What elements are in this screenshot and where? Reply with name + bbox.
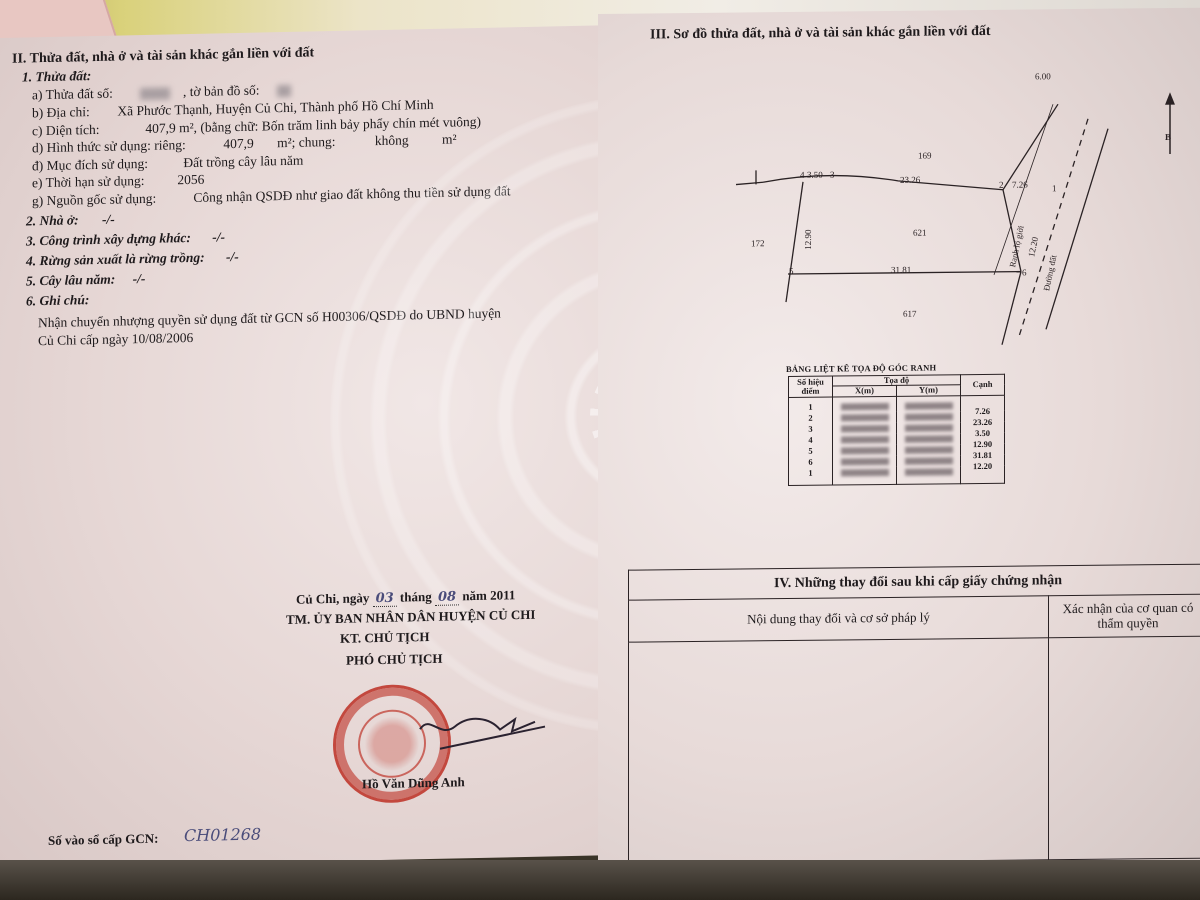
forest-item: 4. Rừng sản xuất là rừng trồng: -/-	[26, 249, 239, 270]
signer-name: Hồ Văn Dũng Anh	[362, 774, 465, 792]
redacted-coordinate	[905, 469, 953, 477]
usage-shared-value: không	[375, 132, 409, 148]
forest-value: -/-	[226, 249, 239, 264]
issuing-authority: TM. ỦY BAN NHÂN DÂN HUYỆN CỦ CHI	[286, 607, 535, 628]
term-label: e) Thời hạn sử dụng:	[32, 172, 174, 191]
coord-point-cell: 3	[789, 423, 833, 434]
coord-y-cell	[897, 433, 961, 445]
issue-date: Củ Chi, ngày 03 tháng 08 năm 2011	[296, 587, 515, 608]
coord-edge-cell	[961, 471, 1005, 489]
notes-heading: 6. Ghi chú:	[26, 292, 89, 310]
svg-text:23.26: 23.26	[900, 175, 921, 185]
svg-text:4: 4	[800, 170, 805, 180]
redacted-parcel-number	[140, 87, 170, 100]
redacted-coordinate	[841, 425, 889, 433]
certificate-right-page: III. Sơ đồ thửa đất, nhà ở và tài sản kh…	[598, 8, 1200, 880]
coord-edge-cell: 3.50	[961, 427, 1005, 438]
redacted-coordinate	[905, 436, 953, 444]
table-surface	[0, 860, 1200, 900]
coord-x-cell	[833, 456, 897, 468]
usage-form-label: d) Hình thức sử dụng: riêng:	[32, 136, 220, 156]
redacted-map-sheet	[277, 85, 291, 97]
svg-text:3.50: 3.50	[807, 170, 823, 180]
coord-point-cell: 1	[789, 397, 833, 413]
parcel-617-label: 617	[903, 309, 917, 319]
issue-day: 03	[373, 591, 397, 608]
col-y: Y(m)	[897, 385, 961, 396]
svg-text:31.81: 31.81	[891, 265, 911, 275]
redacted-coordinate	[841, 469, 889, 477]
svg-text:6.00: 6.00	[1035, 71, 1051, 81]
coord-y-cell	[897, 422, 961, 434]
col-authority-confirmation: Xác nhận của cơ quan có thẩm quyền	[1049, 594, 1200, 638]
changes-table: IV. Những thay đổi sau khi cấp giấy chứn…	[628, 564, 1200, 865]
coord-y-cell	[897, 444, 961, 456]
usage-shared-unit: m²	[442, 131, 457, 146]
usage-private-value: 407,9	[223, 136, 253, 152]
house-label: 2. Nhà ở:	[26, 212, 79, 228]
parcel-label: a) Thửa đất số:	[32, 86, 113, 103]
date-prefix: Củ Chi, ngày	[296, 590, 369, 607]
redacted-coordinate	[841, 436, 889, 444]
coord-point-cell: 2	[789, 412, 833, 423]
map-sheet-label: , tờ bản đồ số:	[183, 83, 260, 100]
redacted-coordinate	[905, 458, 953, 466]
redacted-coordinate	[841, 414, 889, 422]
change-content-cell	[629, 638, 1049, 864]
svg-text:6: 6	[1022, 268, 1027, 278]
origin-label: g) Nguồn gốc sử dụng:	[32, 190, 190, 209]
purpose-label: đ) Mục đích sử dụng:	[32, 155, 180, 174]
issue-year: năm 2011	[462, 587, 515, 603]
svg-text:12.20: 12.20	[1026, 236, 1040, 258]
redacted-coordinate	[841, 458, 889, 466]
coord-table-title: BẢNG LIỆT KÊ TỌA ĐỘ GÓC RANH	[786, 362, 936, 374]
col-x: X(m)	[833, 386, 897, 397]
col-point: Số hiệu điểm	[789, 376, 833, 397]
redacted-coordinate	[905, 403, 953, 411]
other-construction-label: 3. Công trình xây dựng khác:	[26, 230, 191, 248]
redacted-coordinate	[841, 447, 889, 455]
svg-text:3: 3	[830, 170, 835, 180]
coord-edge-cell: 12.90	[961, 438, 1005, 449]
coord-x-cell	[833, 434, 897, 446]
redacted-coordinate	[905, 447, 953, 455]
redacted-coordinate	[841, 403, 889, 411]
coord-point-cell: 6	[789, 456, 833, 467]
coord-x-cell	[833, 396, 897, 412]
month-label: tháng	[400, 589, 432, 605]
redacted-coordinate	[905, 414, 953, 422]
coord-point-cell: 4	[789, 434, 833, 445]
parcel-172-label: 172	[751, 238, 764, 248]
other-construction-value: -/-	[212, 229, 225, 244]
authority-confirmation-cell	[1049, 636, 1200, 860]
coord-y-cell	[897, 395, 961, 411]
term-row: e) Thời hạn sử dụng: 2056	[32, 172, 204, 192]
signature-scribble	[400, 696, 550, 759]
col-change-content: Nội dung thay đổi và cơ sở pháp lý	[629, 596, 1049, 642]
coord-x-cell	[833, 423, 897, 435]
coord-point-cell: 5	[789, 445, 833, 456]
certificate-left-page: II. Thửa đất, nhà ở và tài sản khác gắn …	[0, 25, 606, 868]
land-heading: 1. Thửa đất:	[22, 68, 91, 86]
purpose-value: Đất trồng cây lâu năm	[183, 153, 303, 171]
signer-role-2: PHÓ CHỦ TỊCH	[346, 651, 443, 669]
perennial-item: 5. Cây lâu năm: -/-	[26, 271, 145, 290]
coordinate-table: Số hiệu điểm Tọa độ Cạnh X(m) Y(m) 17.26…	[788, 374, 1005, 486]
redacted-coordinate	[905, 425, 953, 433]
notes-line-2: Củ Chi cấp ngày 10/08/2006	[38, 330, 193, 349]
parcel-621-label: 621	[913, 228, 926, 238]
usage-private-unit: m²; chung:	[277, 134, 335, 150]
svg-text:7.26: 7.26	[1012, 179, 1028, 189]
registry-number: CH01268	[184, 825, 261, 846]
coord-edge-cell: 12.20	[961, 460, 1005, 471]
coord-y-cell	[897, 466, 961, 484]
coord-edge-cell: 7.26	[961, 401, 1005, 417]
house-item: 2. Nhà ở: -/-	[26, 212, 115, 230]
coord-x-cell	[833, 445, 897, 457]
perennial-label: 5. Cây lâu năm:	[26, 272, 115, 289]
svg-text:5: 5	[789, 266, 794, 276]
svg-text:Ranh lộ giới: Ranh lộ giới	[1007, 224, 1026, 268]
perennial-value: -/-	[133, 271, 146, 286]
coord-edge-cell: 23.26	[961, 416, 1005, 427]
north-arrow-label: B	[1165, 132, 1171, 142]
parcel-169-label: 169	[918, 151, 932, 161]
section-ii-title: II. Thửa đất, nhà ở và tài sản khác gắn …	[12, 45, 314, 68]
coord-x-cell	[833, 412, 897, 424]
house-value: -/-	[102, 212, 115, 227]
issue-month: 08	[435, 589, 459, 606]
coord-row: 17.26	[789, 395, 1005, 413]
coord-y-cell	[897, 455, 961, 467]
col-edge: Cạnh	[961, 374, 1005, 395]
purpose-row: đ) Mục đích sử dụng: Đất trồng cây lâu n…	[32, 153, 303, 175]
address-label: b) Địa chỉ:	[32, 104, 114, 122]
area-label: c) Diện tích:	[32, 121, 142, 139]
coord-y-cell	[897, 411, 961, 423]
svg-text:12.90: 12.90	[803, 229, 813, 250]
signer-role-1: KT. CHỦ TỊCH	[340, 629, 429, 646]
coord-point-cell: 1	[789, 467, 833, 485]
registry-label: Số vào sổ cấp GCN:	[48, 831, 159, 849]
forest-label: 4. Rừng sản xuất là rừng trồng:	[26, 250, 205, 269]
svg-text:1: 1	[1052, 183, 1056, 193]
notes-line-1: Nhận chuyển nhượng quyền sử dụng đất từ …	[38, 306, 501, 332]
coord-edge-cell: 31.81	[961, 449, 1005, 460]
svg-text:2: 2	[999, 180, 1003, 190]
term-value: 2056	[177, 172, 204, 188]
other-construction-item: 3. Công trình xây dựng khác: -/-	[26, 229, 225, 249]
origin-value: Công nhận QSDĐ như giao đất không thu ti…	[193, 183, 510, 205]
coord-x-cell	[833, 467, 897, 485]
